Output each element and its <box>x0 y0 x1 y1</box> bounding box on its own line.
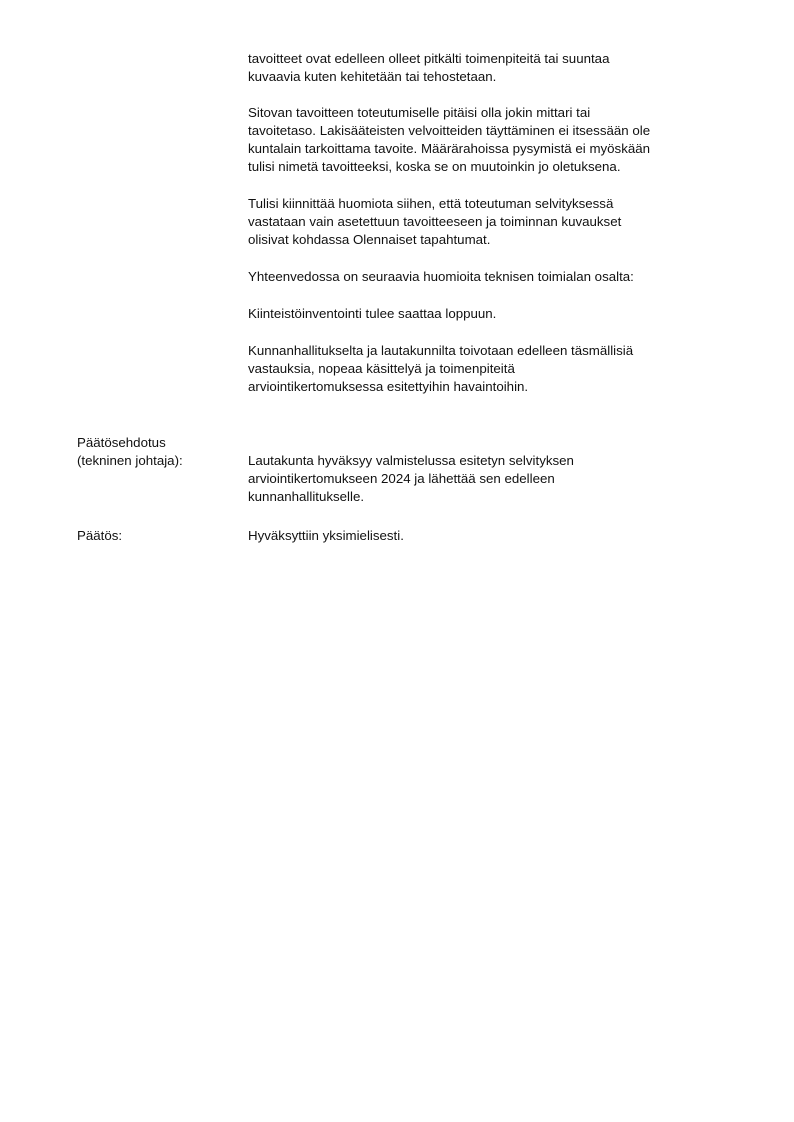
text-line: tavoitetaso. Lakisääteisten velvoitteide… <box>248 122 748 140</box>
text-line: Hyväksyttiin yksimielisesti. <box>248 527 748 545</box>
text-line: vastataan vain asetettuun tavoitteeseen … <box>248 213 748 231</box>
paragraph-summary-intro: Yhteenvedossa on seuraavia huomioita tek… <box>248 268 748 286</box>
document-page: tavoitteet ovat edelleen olleet pitkälti… <box>0 0 794 1122</box>
text-line: vastauksia, nopeaa käsittelyä ja toimenp… <box>248 360 748 378</box>
proposal-text: Lautakunta hyväksyy valmistelussa esitet… <box>248 452 748 506</box>
text-line: tulisi nimetä tavoitteeksi, koska se on … <box>248 158 748 176</box>
proposal-label-line2: (tekninen johtaja): <box>77 452 183 470</box>
text-line: tavoitteet ovat edelleen olleet pitkälti… <box>248 50 748 68</box>
decision-label: Päätös: <box>77 527 122 545</box>
paragraph-requests: Kunnanhallitukselta ja lautakunnilta toi… <box>248 342 748 396</box>
text-line: kuvaavia kuten kehitetään tai tehostetaa… <box>248 68 748 86</box>
text-line: Lautakunta hyväksyy valmistelussa esitet… <box>248 452 748 470</box>
text-line: olisivat kohdassa Olennaiset tapahtumat. <box>248 231 748 249</box>
text-line: kunnanhallitukselle. <box>248 488 748 506</box>
decision-text: Hyväksyttiin yksimielisesti. <box>248 527 748 545</box>
text-line: arviointikertomuksessa esitettyihin hava… <box>248 378 748 396</box>
text-line: Tulisi kiinnittää huomiota siihen, että … <box>248 195 748 213</box>
paragraph-inventory: Kiinteistöinventointi tulee saattaa lopp… <box>248 305 748 323</box>
paragraph-attention: Tulisi kiinnittää huomiota siihen, että … <box>248 195 748 249</box>
text-line: Sitovan tavoitteen toteutumiselle pitäis… <box>248 104 748 122</box>
text-line: Kunnanhallitukselta ja lautakunnilta toi… <box>248 342 748 360</box>
text-line: arviointikertomukseen 2024 ja lähettää s… <box>248 470 748 488</box>
text-line: kuntalain tarkoittama tavoite. Määräraho… <box>248 140 748 158</box>
paragraph-goals-continued: tavoitteet ovat edelleen olleet pitkälti… <box>248 50 748 86</box>
paragraph-binding-goals: Sitovan tavoitteen toteutumiselle pitäis… <box>248 104 748 176</box>
text-line: Yhteenvedossa on seuraavia huomioita tek… <box>248 268 748 286</box>
text-line: Kiinteistöinventointi tulee saattaa lopp… <box>248 305 748 323</box>
proposal-label: Päätösehdotus (tekninen johtaja): <box>77 434 183 470</box>
proposal-label-line1: Päätösehdotus <box>77 434 183 452</box>
